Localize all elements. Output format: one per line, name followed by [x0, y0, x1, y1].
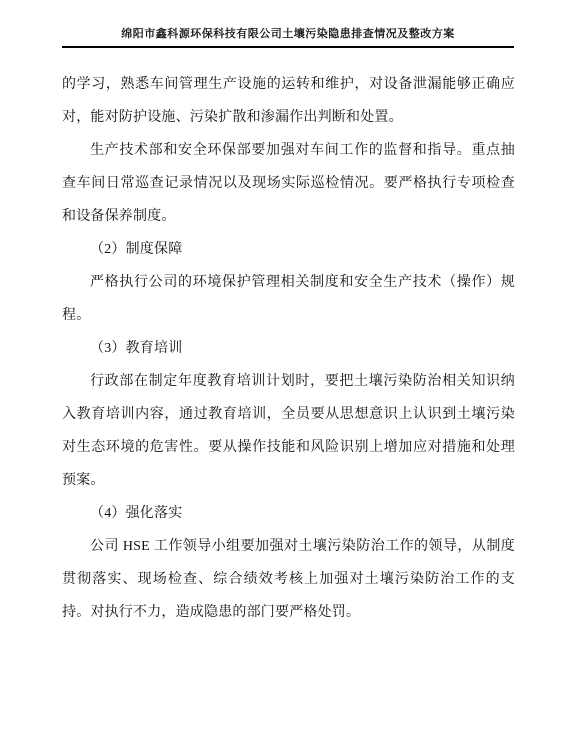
paragraph: 行政部在制定年度教育培训计划时，要把土壤污染防治相关知识纳入教育培训内容，通过教…: [62, 365, 515, 497]
section-heading-3: （3）教育培训: [62, 332, 515, 365]
paragraph: 生产技术部和安全环保部要加强对车间工作的监督和指导。重点抽查车间日常巡查记录情况…: [62, 134, 515, 233]
page-header: 绵阳市鑫科源环保科技有限公司土壤污染隐患排查情况及整改方案: [62, 27, 514, 48]
document-body: 的学习，熟悉车间管理生产设施的运转和维护，对设备泄漏能够正确应对，能对防护设施、…: [62, 68, 515, 629]
document-page: 绵阳市鑫科源环保科技有限公司土壤污染隐患排查情况及整改方案 的学习，熟悉车间管理…: [0, 0, 577, 743]
header-title: 绵阳市鑫科源环保科技有限公司土壤污染隐患排查情况及整改方案: [62, 27, 514, 41]
paragraph: 公司 HSE 工作领导小组要加强对土壤污染防治工作的领导，从制度贯彻落实、现场检…: [62, 530, 515, 629]
paragraph: 严格执行公司的环境保护管理相关制度和安全生产技术（操作）规程。: [62, 266, 515, 332]
paragraph-continuation: 的学习，熟悉车间管理生产设施的运转和维护，对设备泄漏能够正确应对，能对防护设施、…: [62, 68, 515, 134]
section-heading-4: （4）强化落实: [62, 497, 515, 530]
section-heading-2: （2）制度保障: [62, 233, 515, 266]
